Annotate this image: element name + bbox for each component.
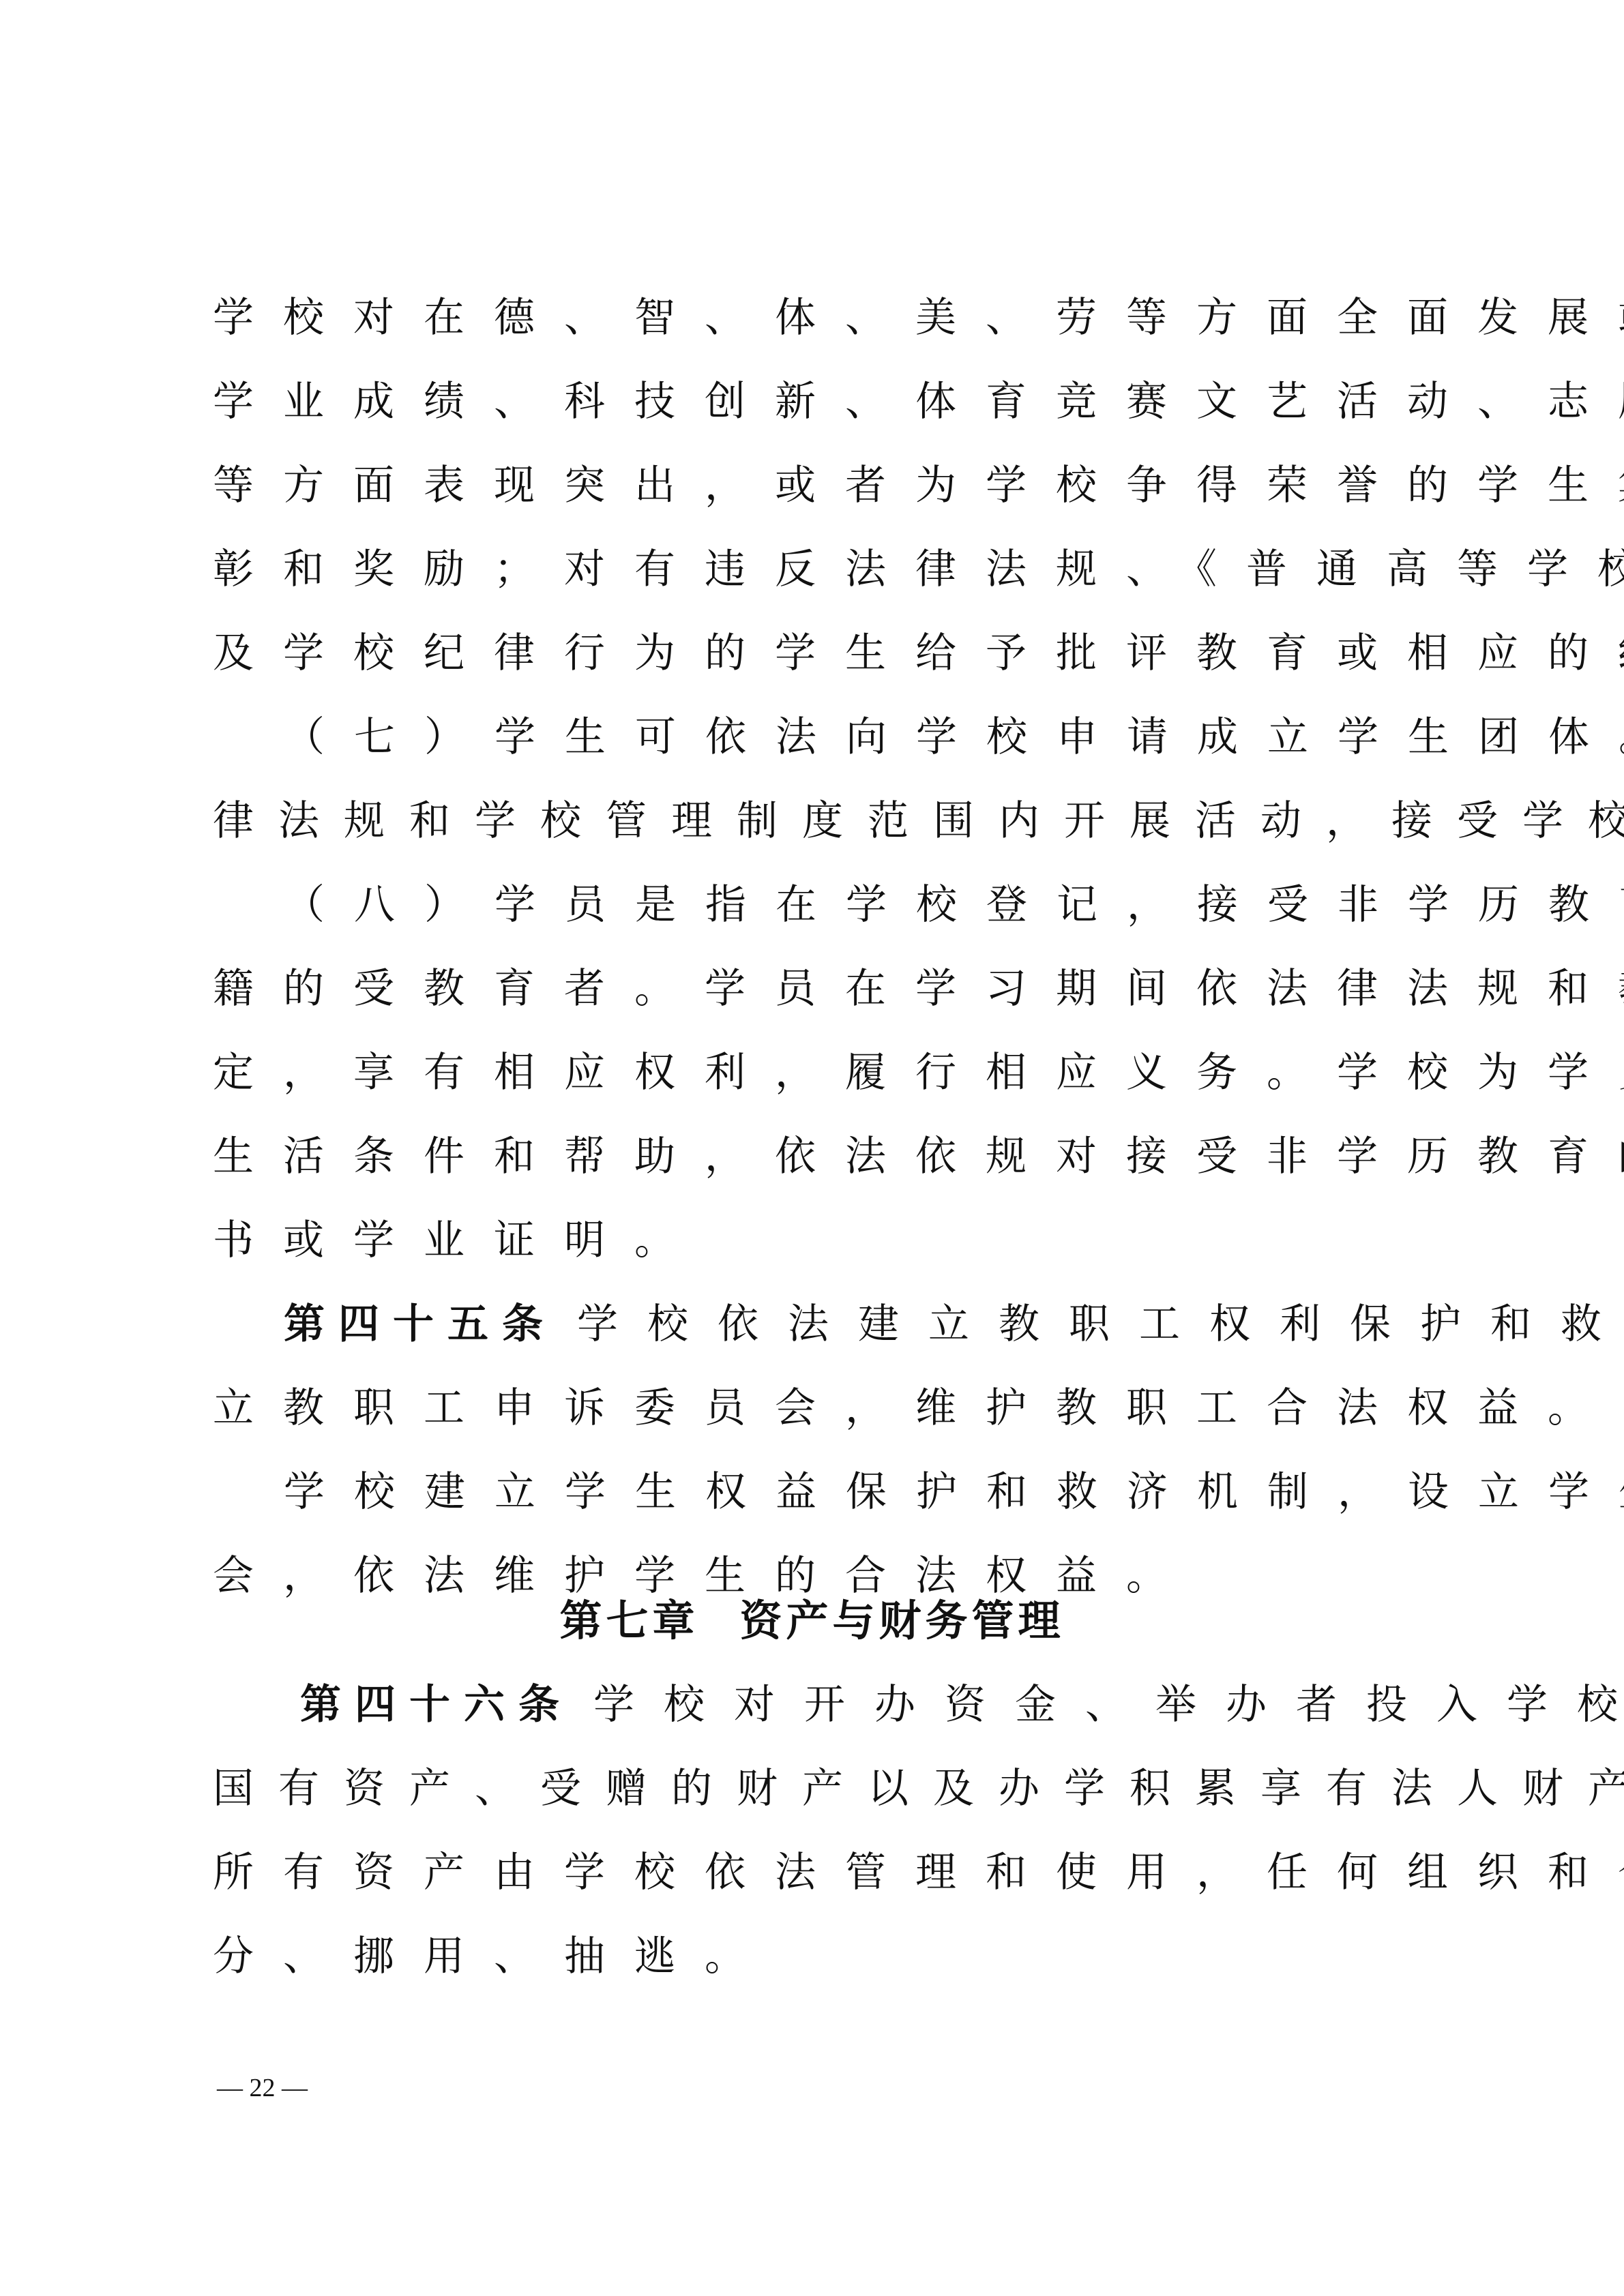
text-line: 彰和奖励；对有违反法律法规、《普通高等学校学生管理规定》 — [213, 534, 1427, 605]
text-span: 学校依法建立教职工权利保护和救济机制，设 — [577, 1300, 1624, 1348]
text-line: 分、挪用、抽逃。 — [213, 1921, 1427, 1992]
article-45-line: 第四十五条学校依法建立教职工权利保护和救济机制，设 — [284, 1289, 1427, 1360]
text-line: 国有资产、受赠的财产以及办学积累享有法人财产权。存续期间， — [213, 1753, 1427, 1824]
chapter-title: 资产与财务管理 — [740, 1596, 1065, 1645]
text-line: 立教职工申诉委员会，维护教职工合法权益。 — [213, 1373, 1427, 1444]
text-line: 所有资产由学校依法管理和使用，任何组织和个人不得侵占、私 — [213, 1837, 1427, 1908]
text-line: 学业成绩、科技创新、体育竞赛文艺活动、志愿服务及社会实践 — [213, 366, 1427, 437]
article-label: 第四十五条 — [284, 1300, 557, 1348]
text-line: 律法规和学校管理制度范围内开展活动，接受学校的指导和管理。 — [213, 786, 1427, 856]
text-line: 籍的受教育者。学员在学习期间依法律法规和教育服务协议的约 — [213, 953, 1427, 1024]
text-line: 学校对在德、智、体、美、劳等方面全面发展或者在思想道德、 — [213, 282, 1427, 353]
page-number: — 22 — — [217, 2073, 308, 2103]
document-page: 学校对在德、智、体、美、劳等方面全面发展或者在思想道德、 学业成绩、科技创新、体… — [0, 0, 1624, 2296]
text-line: 书或学业证明。 — [213, 1205, 1427, 1276]
chapter-number: 第七章 — [559, 1596, 698, 1645]
article-label: 第四十六条 — [300, 1681, 573, 1729]
text-line: 定，享有相应权利，履行相应义务。学校为学员提供必要的学习 — [213, 1037, 1427, 1108]
text-line: 生活条件和帮助，依法依规对接受非学历教育的学员颁发结业证 — [213, 1121, 1427, 1192]
article-46-line: 第四十六条学校对开办资金、举办者投入学校的资产、 — [300, 1669, 1426, 1740]
text-line: （七）学生可依法向学校申请成立学生团体。学生团体在法 — [284, 702, 1427, 773]
text-line: 等方面表现突出，或者为学校争得荣誉的学生集体、个人给予表 — [213, 450, 1427, 521]
chapter-heading: 第七章资产与财务管理 — [0, 1585, 1624, 1656]
text-line: （八）学员是指在学校登记，接受非学历教育培训、没有学 — [284, 869, 1427, 940]
text-line: 及学校纪律行为的学生给予批评教育或相应的纪律处分。 — [213, 618, 1427, 689]
text-span: 学校对开办资金、举办者投入学校的资产、 — [593, 1681, 1624, 1729]
text-line: 学校建立学生权益保护和救济机制，设立学生申诉处理委员 — [284, 1457, 1427, 1527]
